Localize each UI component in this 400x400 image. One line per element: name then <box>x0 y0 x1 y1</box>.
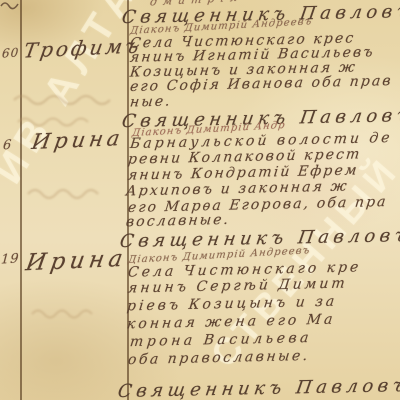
name-column-entry: Ирина <box>30 126 126 154</box>
scanned-register-page: ИВ АЛТА СТВЕННЫЙ 60 6 19 Трофимъ Ирина И… <box>0 0 400 400</box>
watermark-archive-top-left: ИВ АЛТА <box>0 0 148 192</box>
record-number: 19 <box>0 251 20 267</box>
entry-line: оба православные. <box>127 348 311 368</box>
record-number: 6 <box>2 138 12 154</box>
bleed-through-marks <box>26 178 116 208</box>
name-column-entry: Ирина <box>24 246 129 277</box>
entry-line: ные. <box>129 94 173 111</box>
name-column-entry: Трофимъ <box>22 33 144 62</box>
entry-line: трона Васильева <box>129 330 313 350</box>
record-number: 60 <box>2 45 20 60</box>
entry-line: вославные. <box>125 212 231 230</box>
bleed-through-marks <box>30 300 110 326</box>
corner-ink-fragment <box>0 0 20 10</box>
entry-opening-line: Священникъ Павловъ <box>116 375 400 400</box>
column-rule-left <box>20 0 22 400</box>
